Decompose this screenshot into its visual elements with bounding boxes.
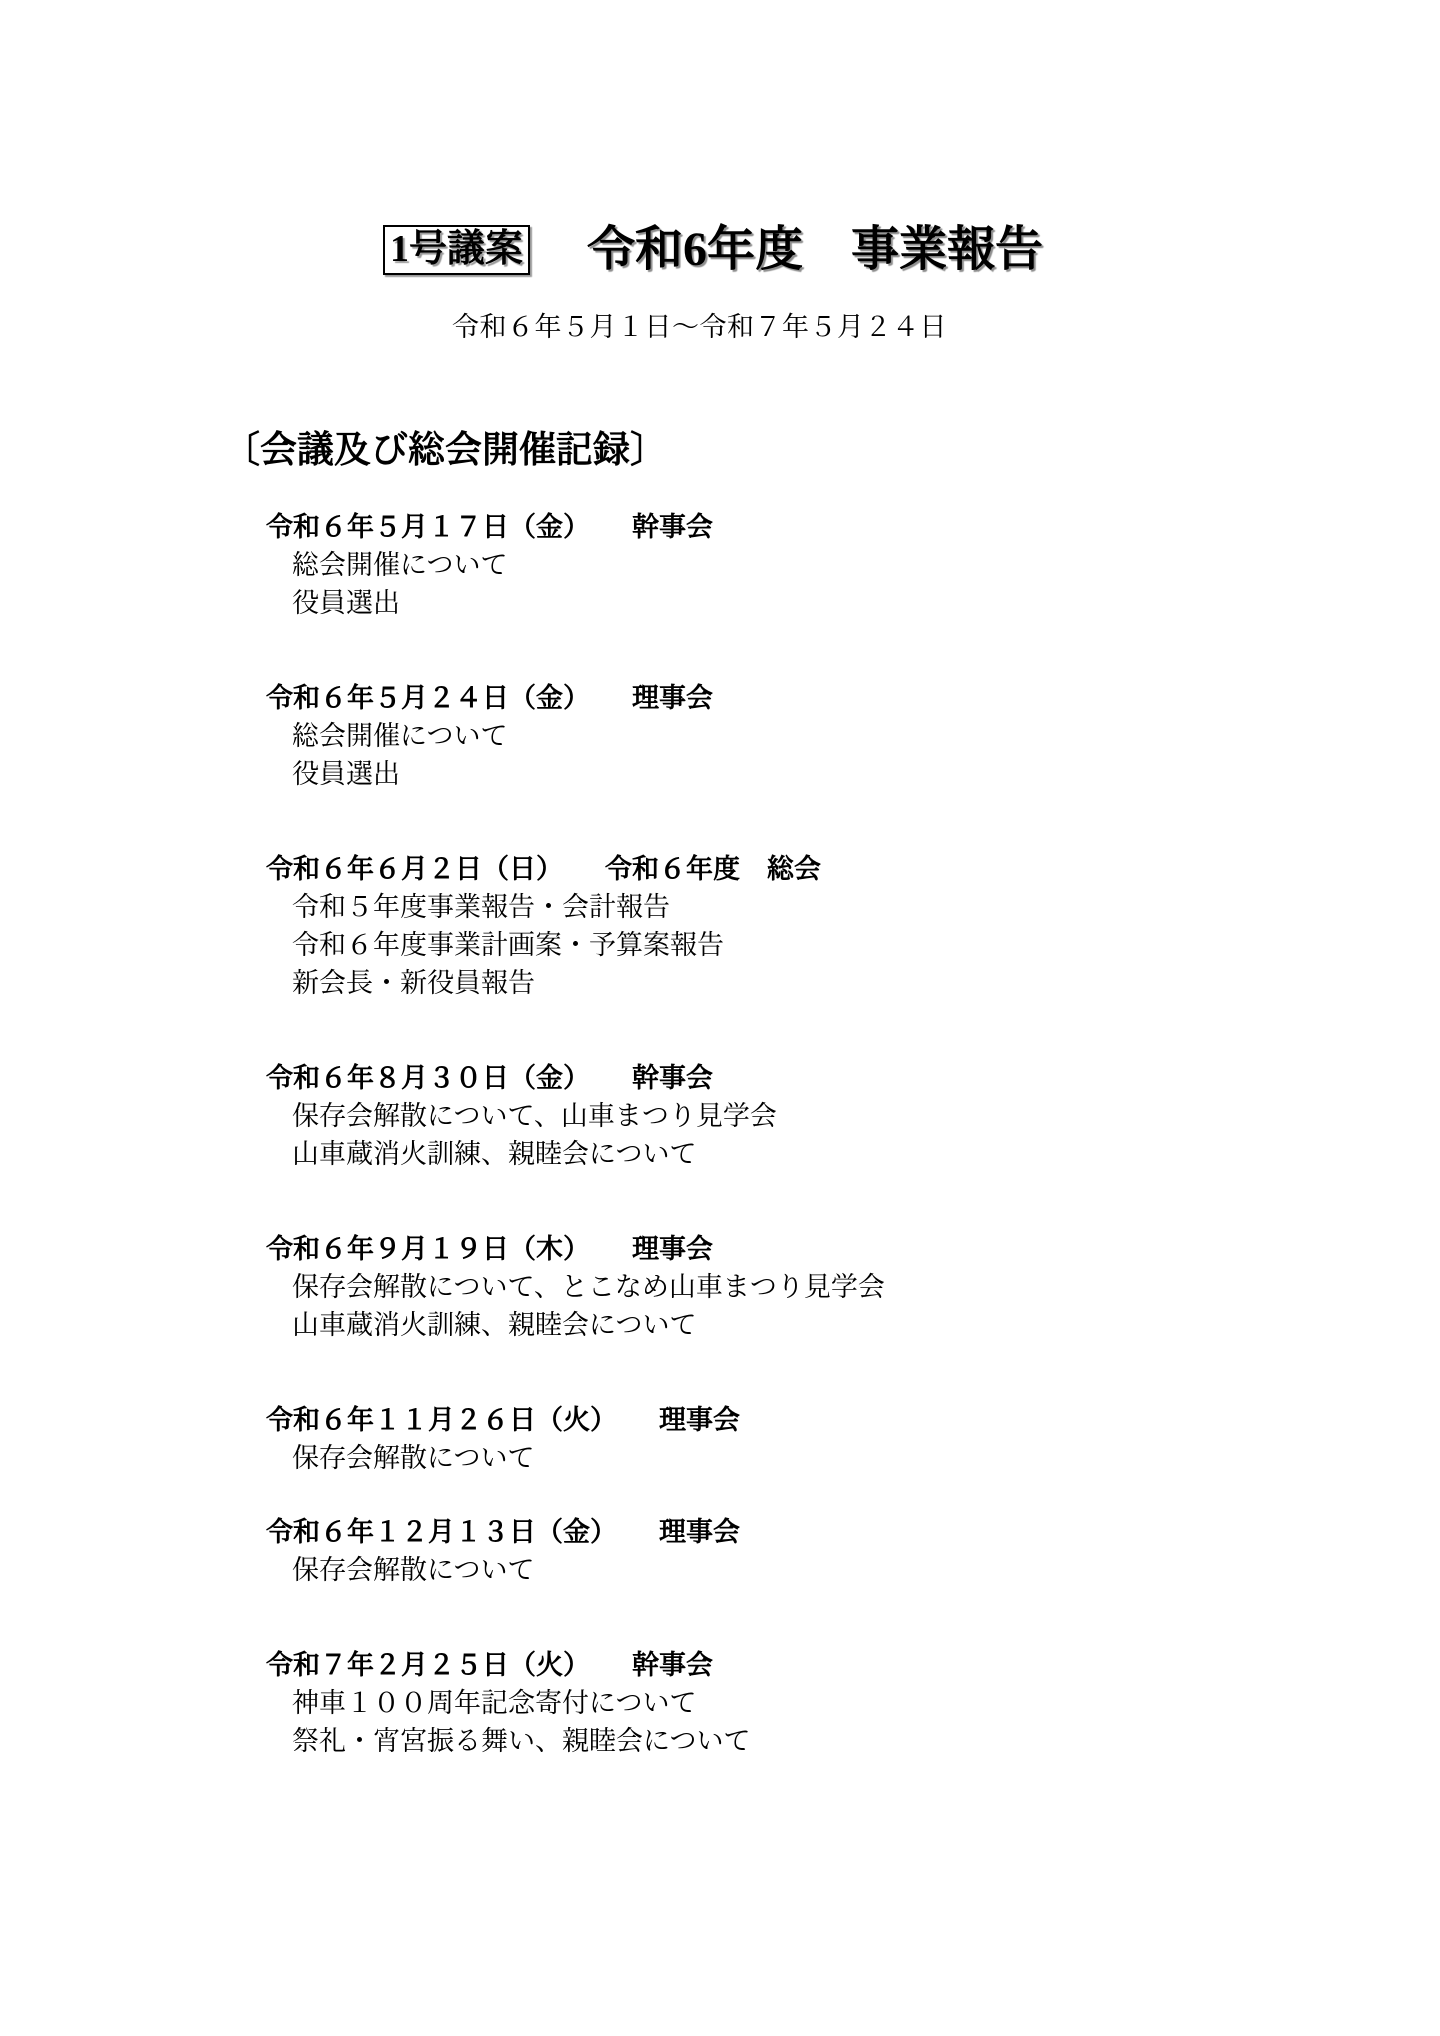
meeting-date: 令和６年５月１７日（金） xyxy=(266,512,590,542)
meeting-date: 令和６年１１月２６日（火） xyxy=(266,1405,617,1435)
meeting-entry: 令和６年８月３０日（金）幹事会 保存会解散について、山車まつり見学会山車蔵消火訓… xyxy=(0,1059,1440,1173)
meeting-list: 令和６年５月１７日（金）幹事会 総会開催について役員選出 令和６年５月２４日（金… xyxy=(0,508,1440,1760)
meeting-heading: 令和６年５月２４日（金）理事会 xyxy=(266,679,1440,717)
meeting-date: 令和６年９月１９日（木） xyxy=(266,1234,590,1264)
meeting-agenda-items: 総会開催について役員選出 xyxy=(0,546,1440,622)
meeting-name: 理事会 xyxy=(659,1405,740,1435)
meeting-name: 幹事会 xyxy=(632,1063,713,1093)
meeting-name: 令和６年度 総会 xyxy=(605,854,821,884)
meeting-entry: 令和６年６月２日（日）令和６年度 総会 令和５年度事業報告・会計報告令和６年度事… xyxy=(0,850,1440,1002)
agenda-item: 山車蔵消火訓練、親睦会について xyxy=(292,1306,1440,1344)
agenda-item: 神車１００周年記念寄付について xyxy=(292,1684,1440,1722)
report-period: 令和６年５月１日～令和７年５月２４日 xyxy=(452,309,1440,345)
meeting-heading: 令和６年９月１９日（木）理事会 xyxy=(266,1230,1440,1268)
agenda-item: 総会開催について xyxy=(292,717,1440,755)
meeting-date: 令和６年６月２日（日） xyxy=(266,854,563,884)
meeting-heading: 令和６年１２月１３日（金）理事会 xyxy=(266,1513,1440,1551)
meeting-name: 理事会 xyxy=(632,1234,713,1264)
meeting-entry: 令和６年５月１７日（金）幹事会 総会開催について役員選出 xyxy=(0,508,1440,622)
agenda-item: 役員選出 xyxy=(292,584,1440,622)
meeting-agenda-items: 総会開催について役員選出 xyxy=(0,717,1440,793)
agenda-item: 山車蔵消火訓練、親睦会について xyxy=(292,1135,1440,1173)
meeting-date: 令和７年２月２５日（火） xyxy=(266,1650,590,1680)
document-title-row: 1号議案 令和6年度 事業報告 xyxy=(383,222,1440,278)
meeting-name: 理事会 xyxy=(659,1517,740,1547)
meeting-entry: 令和７年２月２５日（火）幹事会 神車１００周年記念寄付について祭礼・宵宮振る舞い… xyxy=(0,1646,1440,1760)
meeting-heading: 令和６年１１月２６日（火）理事会 xyxy=(266,1401,1440,1439)
agenda-item: 令和６年度事業計画案・予算案報告 xyxy=(292,926,1440,964)
meeting-entry: 令和６年９月１９日（木）理事会 保存会解散について、とこなめ山車まつり見学会山車… xyxy=(0,1230,1440,1344)
meeting-date: 令和６年１２月１３日（金） xyxy=(266,1517,617,1547)
meeting-entry: 令和６年１２月１３日（金）理事会 保存会解散について xyxy=(0,1513,1440,1589)
agenda-item: 令和５年度事業報告・会計報告 xyxy=(292,888,1440,926)
meeting-heading: 令和６年５月１７日（金）幹事会 xyxy=(266,508,1440,546)
document-title: 令和6年度 事業報告 xyxy=(587,224,1043,277)
meeting-entry: 令和６年５月２４日（金）理事会 総会開催について役員選出 xyxy=(0,679,1440,793)
meeting-heading: 令和７年２月２５日（火）幹事会 xyxy=(266,1646,1440,1684)
meeting-agenda-items: 神車１００周年記念寄付について祭礼・宵宮振る舞い、親睦会について xyxy=(0,1684,1440,1760)
meeting-agenda-items: 保存会解散について、とこなめ山車まつり見学会山車蔵消火訓練、親睦会について xyxy=(0,1268,1440,1344)
meeting-agenda-items: 保存会解散について xyxy=(0,1439,1440,1477)
meeting-heading: 令和６年６月２日（日）令和６年度 総会 xyxy=(266,850,1440,888)
meeting-entry: 令和６年１１月２６日（火）理事会 保存会解散について xyxy=(0,1401,1440,1477)
meeting-date: 令和６年８月３０日（金） xyxy=(266,1063,590,1093)
agenda-item: 役員選出 xyxy=(292,755,1440,793)
meeting-agenda-items: 令和５年度事業報告・会計報告令和６年度事業計画案・予算案報告新会長・新役員報告 xyxy=(0,888,1440,1002)
agenda-item: 保存会解散について、山車まつり見学会 xyxy=(292,1097,1440,1135)
agenda-item: 保存会解散について xyxy=(292,1551,1440,1589)
agenda-item: 祭礼・宵宮振る舞い、親睦会について xyxy=(292,1722,1440,1760)
meeting-agenda-items: 保存会解散について、山車まつり見学会山車蔵消火訓練、親睦会について xyxy=(0,1097,1440,1173)
agenda-item: 保存会解散について xyxy=(292,1439,1440,1477)
agenda-number-box: 1号議案 xyxy=(383,225,530,276)
meeting-name: 幹事会 xyxy=(632,1650,713,1680)
agenda-item: 新会長・新役員報告 xyxy=(292,964,1440,1002)
meeting-date: 令和６年５月２４日（金） xyxy=(266,683,590,713)
meeting-heading: 令和６年８月３０日（金）幹事会 xyxy=(266,1059,1440,1097)
agenda-item: 保存会解散について、とこなめ山車まつり見学会 xyxy=(292,1268,1440,1306)
meeting-name: 幹事会 xyxy=(632,512,713,542)
document-page: 1号議案 令和6年度 事業報告 令和６年５月１日～令和７年５月２４日 〔会議及び… xyxy=(0,0,1440,2036)
meeting-agenda-items: 保存会解散について xyxy=(0,1551,1440,1589)
meeting-name: 理事会 xyxy=(632,683,713,713)
section-heading: 〔会議及び総会開催記録〕 xyxy=(223,428,1440,472)
agenda-item: 総会開催について xyxy=(292,546,1440,584)
